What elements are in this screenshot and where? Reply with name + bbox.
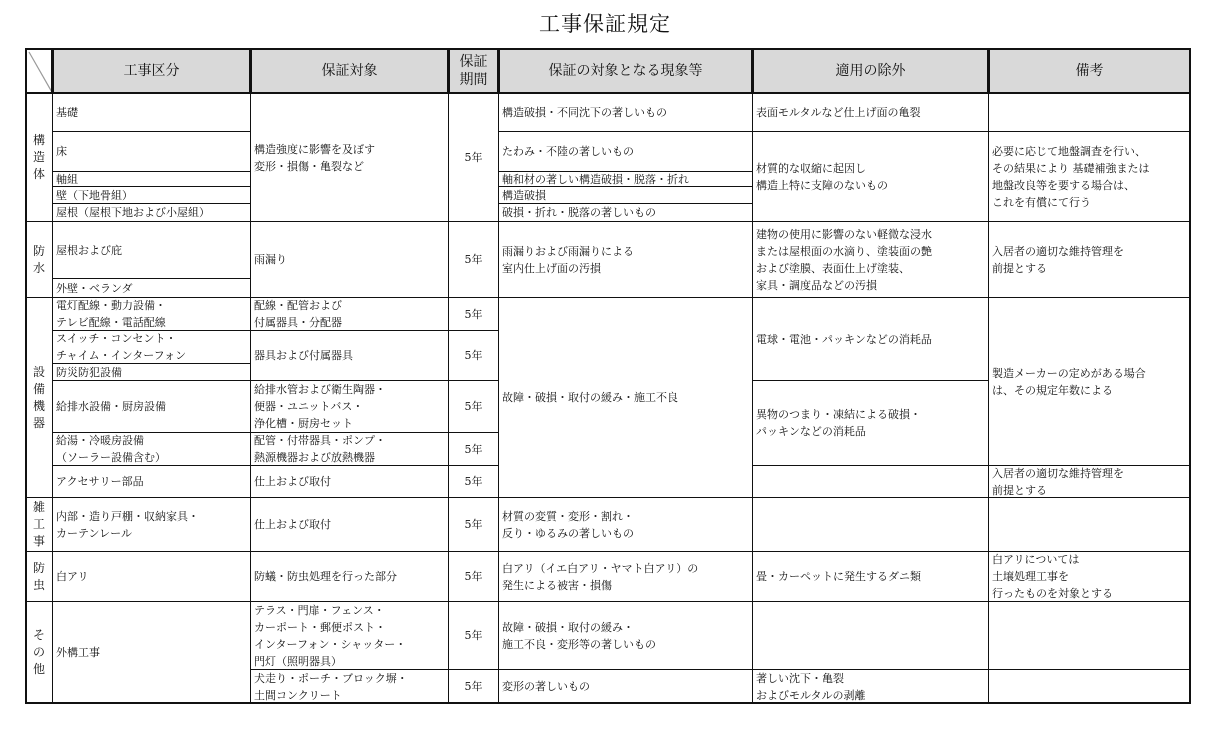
kubun-gaiheki: 外壁・ベランダ <box>52 278 251 298</box>
biko-kozotai: 必要に応じて地盤調査を行い、 その結果により 基礎補強または 地盤改良等を要する… <box>988 131 1191 222</box>
taisho-shiroari: 防蟻・防虫処理を行った部分 <box>250 551 449 602</box>
header-gensho: 保証の対象となる現象等 <box>498 48 753 94</box>
group-bosui: 防 水 <box>25 221 53 298</box>
kikan-kyuhaisui: 5年 <box>448 380 499 433</box>
kubun-kyuhaisui: 給排水設備・厨房設備 <box>52 380 251 433</box>
group-zatsu: 雑 工 事 <box>25 497 53 552</box>
kubun-yuka: 床 <box>52 131 251 172</box>
diagonal-line-icon <box>27 50 53 94</box>
kubun-naibu: 内部・造り戸棚・収納家具・ カーテンレール <box>52 497 251 552</box>
gensho-jikugumi: 軸和材の著しい構造破損・脱落・折れ <box>498 171 753 187</box>
gensho-yane: 破損・折れ・脱落の著しいもの <box>498 203 753 222</box>
taisho-gaiko-1: テラス・門扉・フェンス・ カーポート・郵便ポスト・ インターフォン・シャッター・… <box>250 601 449 670</box>
kubun-jikugumi: 軸組 <box>52 171 251 187</box>
taisho-gaiko-2: 犬走り・ポーチ・ブロック塀・ 土間コンクリート <box>250 669 449 704</box>
jogai-accessory <box>752 465 989 498</box>
biko-setsubi: 製造メーカーの定めがある場合 は、その規定年数による <box>988 297 1191 466</box>
header-biko: 備考 <box>988 48 1191 94</box>
biko-naibu <box>988 497 1191 552</box>
taisho-switch: 器具および付属器具 <box>250 330 449 381</box>
kikan-denki: 5年 <box>448 297 499 331</box>
gensho-naibu: 材質の変質・変形・割れ・ 反り・ゆるみの著しいもの <box>498 497 753 552</box>
biko-accessory: 入居者の適切な維持管理を 前提とする <box>988 465 1191 498</box>
kubun-switch: スイッチ・コンセント・ チャイム・インターフォン <box>52 330 251 364</box>
taisho-denki: 配線・配管および 付属器具・分配器 <box>250 297 449 331</box>
kikan-switch: 5年 <box>448 330 499 381</box>
kikan-gaiko-1: 5年 <box>448 601 499 670</box>
jogai-gaiko-1 <box>752 601 989 670</box>
taisho-accessory: 仕上および取付 <box>250 465 449 498</box>
jogai-kozotai: 材質的な収縮に起因し 構造上特に支障のないもの <box>752 131 989 222</box>
kubun-gaiko: 外構工事 <box>52 601 251 704</box>
kikan-kozotai: 5年 <box>448 93 499 222</box>
group-setsubi: 設 備 機 器 <box>25 297 53 498</box>
gensho-setsubi: 故障・破損・取付の緩み・施工不良 <box>498 297 753 498</box>
gensho-gaiko-2: 変形の著しいもの <box>498 669 753 704</box>
jogai-gaiko-2: 著しい沈下・亀裂 およびモルタルの剥離 <box>752 669 989 704</box>
gensho-shiroari: 白アリ（イエ白アリ・ヤマト白アリ）の 発生による被害・損傷 <box>498 551 753 602</box>
jogai-shiroari: 畳・カーペットに発生するダニ類 <box>752 551 989 602</box>
header-jogai: 適用の除外 <box>752 48 989 94</box>
jogai-bosui: 建物の使用に影響のない軽微な浸水 または屋根面の水滴り、塗装面の艶 および塗膜、… <box>752 221 989 298</box>
gensho-gaiko-1: 故障・破損・取付の緩み・ 施工不良・変形等の著しいもの <box>498 601 753 670</box>
taisho-kozotai: 構造強度に影響を及ぼす 変形・損傷・亀裂など <box>250 93 449 222</box>
kikan-kyuto: 5年 <box>448 432 499 466</box>
corner-diagonal-cell <box>25 48 53 94</box>
group-sonota: そ の 他 <box>25 601 53 704</box>
gensho-yuka: たわみ・不陸の著しいもの <box>498 131 753 172</box>
group-kozotai: 構 造 体 <box>25 93 53 222</box>
taisho-kyuto: 配管・付帯器具・ポンプ・ 熱源機器および放熱機器 <box>250 432 449 466</box>
document-title: 工事保証規定 <box>0 8 1210 38</box>
jogai-kiso: 表面モルタルなど仕上げ面の亀裂 <box>752 93 989 132</box>
kubun-denki: 電灯配線・動力設備・ テレビ配線・電話配線 <box>52 297 251 331</box>
taisho-naibu: 仕上および取付 <box>250 497 449 552</box>
biko-bosui: 入居者の適切な維持管理を 前提とする <box>988 221 1191 298</box>
kikan-accessory: 5年 <box>448 465 499 498</box>
kubun-shiroari: 白アリ <box>52 551 251 602</box>
kikan-bosui: 5年 <box>448 221 499 298</box>
kubun-kyuto: 給湯・冷暖房設備 （ソーラー設備含む） <box>52 432 251 466</box>
gensho-kiso: 構造破損・不同沈下の著しいもの <box>498 93 753 132</box>
biko-gaiko-2 <box>988 669 1191 704</box>
kikan-shiroari: 5年 <box>448 551 499 602</box>
kubun-kabe: 壁（下地骨組） <box>52 186 251 204</box>
kikan-gaiko-2: 5年 <box>448 669 499 704</box>
gensho-kabe: 構造破損 <box>498 186 753 204</box>
kubun-kiso: 基礎 <box>52 93 251 132</box>
taisho-bosui: 雨漏り <box>250 221 449 298</box>
kubun-yane-hisashi: 屋根および庇 <box>52 221 251 279</box>
jogai-naibu <box>752 497 989 552</box>
header-kubun: 工事区分 <box>52 48 251 94</box>
biko-shiroari: 白アリについては 土壌処理工事を 行ったものを対象とする <box>988 551 1191 602</box>
kubun-accessory: アクセサリー部品 <box>52 465 251 498</box>
kubun-bosai: 防災防犯設備 <box>52 363 251 381</box>
group-bochu: 防 虫 <box>25 551 53 602</box>
kikan-naibu: 5年 <box>448 497 499 552</box>
jogai-setsubi-1: 電球・電池・パッキンなどの消耗品 <box>752 297 989 381</box>
gensho-bosui: 雨漏りおよび雨漏りによる 室内仕上げ面の汚損 <box>498 221 753 298</box>
jogai-setsubi-2: 異物のつまり・凍結による破損・ パッキンなどの消耗品 <box>752 380 989 466</box>
biko-kiso <box>988 93 1191 132</box>
biko-gaiko-1 <box>988 601 1191 670</box>
header-kikan: 保証 期間 <box>448 48 499 94</box>
kubun-yane: 屋根（屋根下地および小屋組） <box>52 203 251 222</box>
taisho-kyuhaisui: 給排水管および衛生陶器・ 便器・ユニットバス・ 浄化槽・厨房セット <box>250 380 449 433</box>
header-taisho: 保証対象 <box>250 48 449 94</box>
